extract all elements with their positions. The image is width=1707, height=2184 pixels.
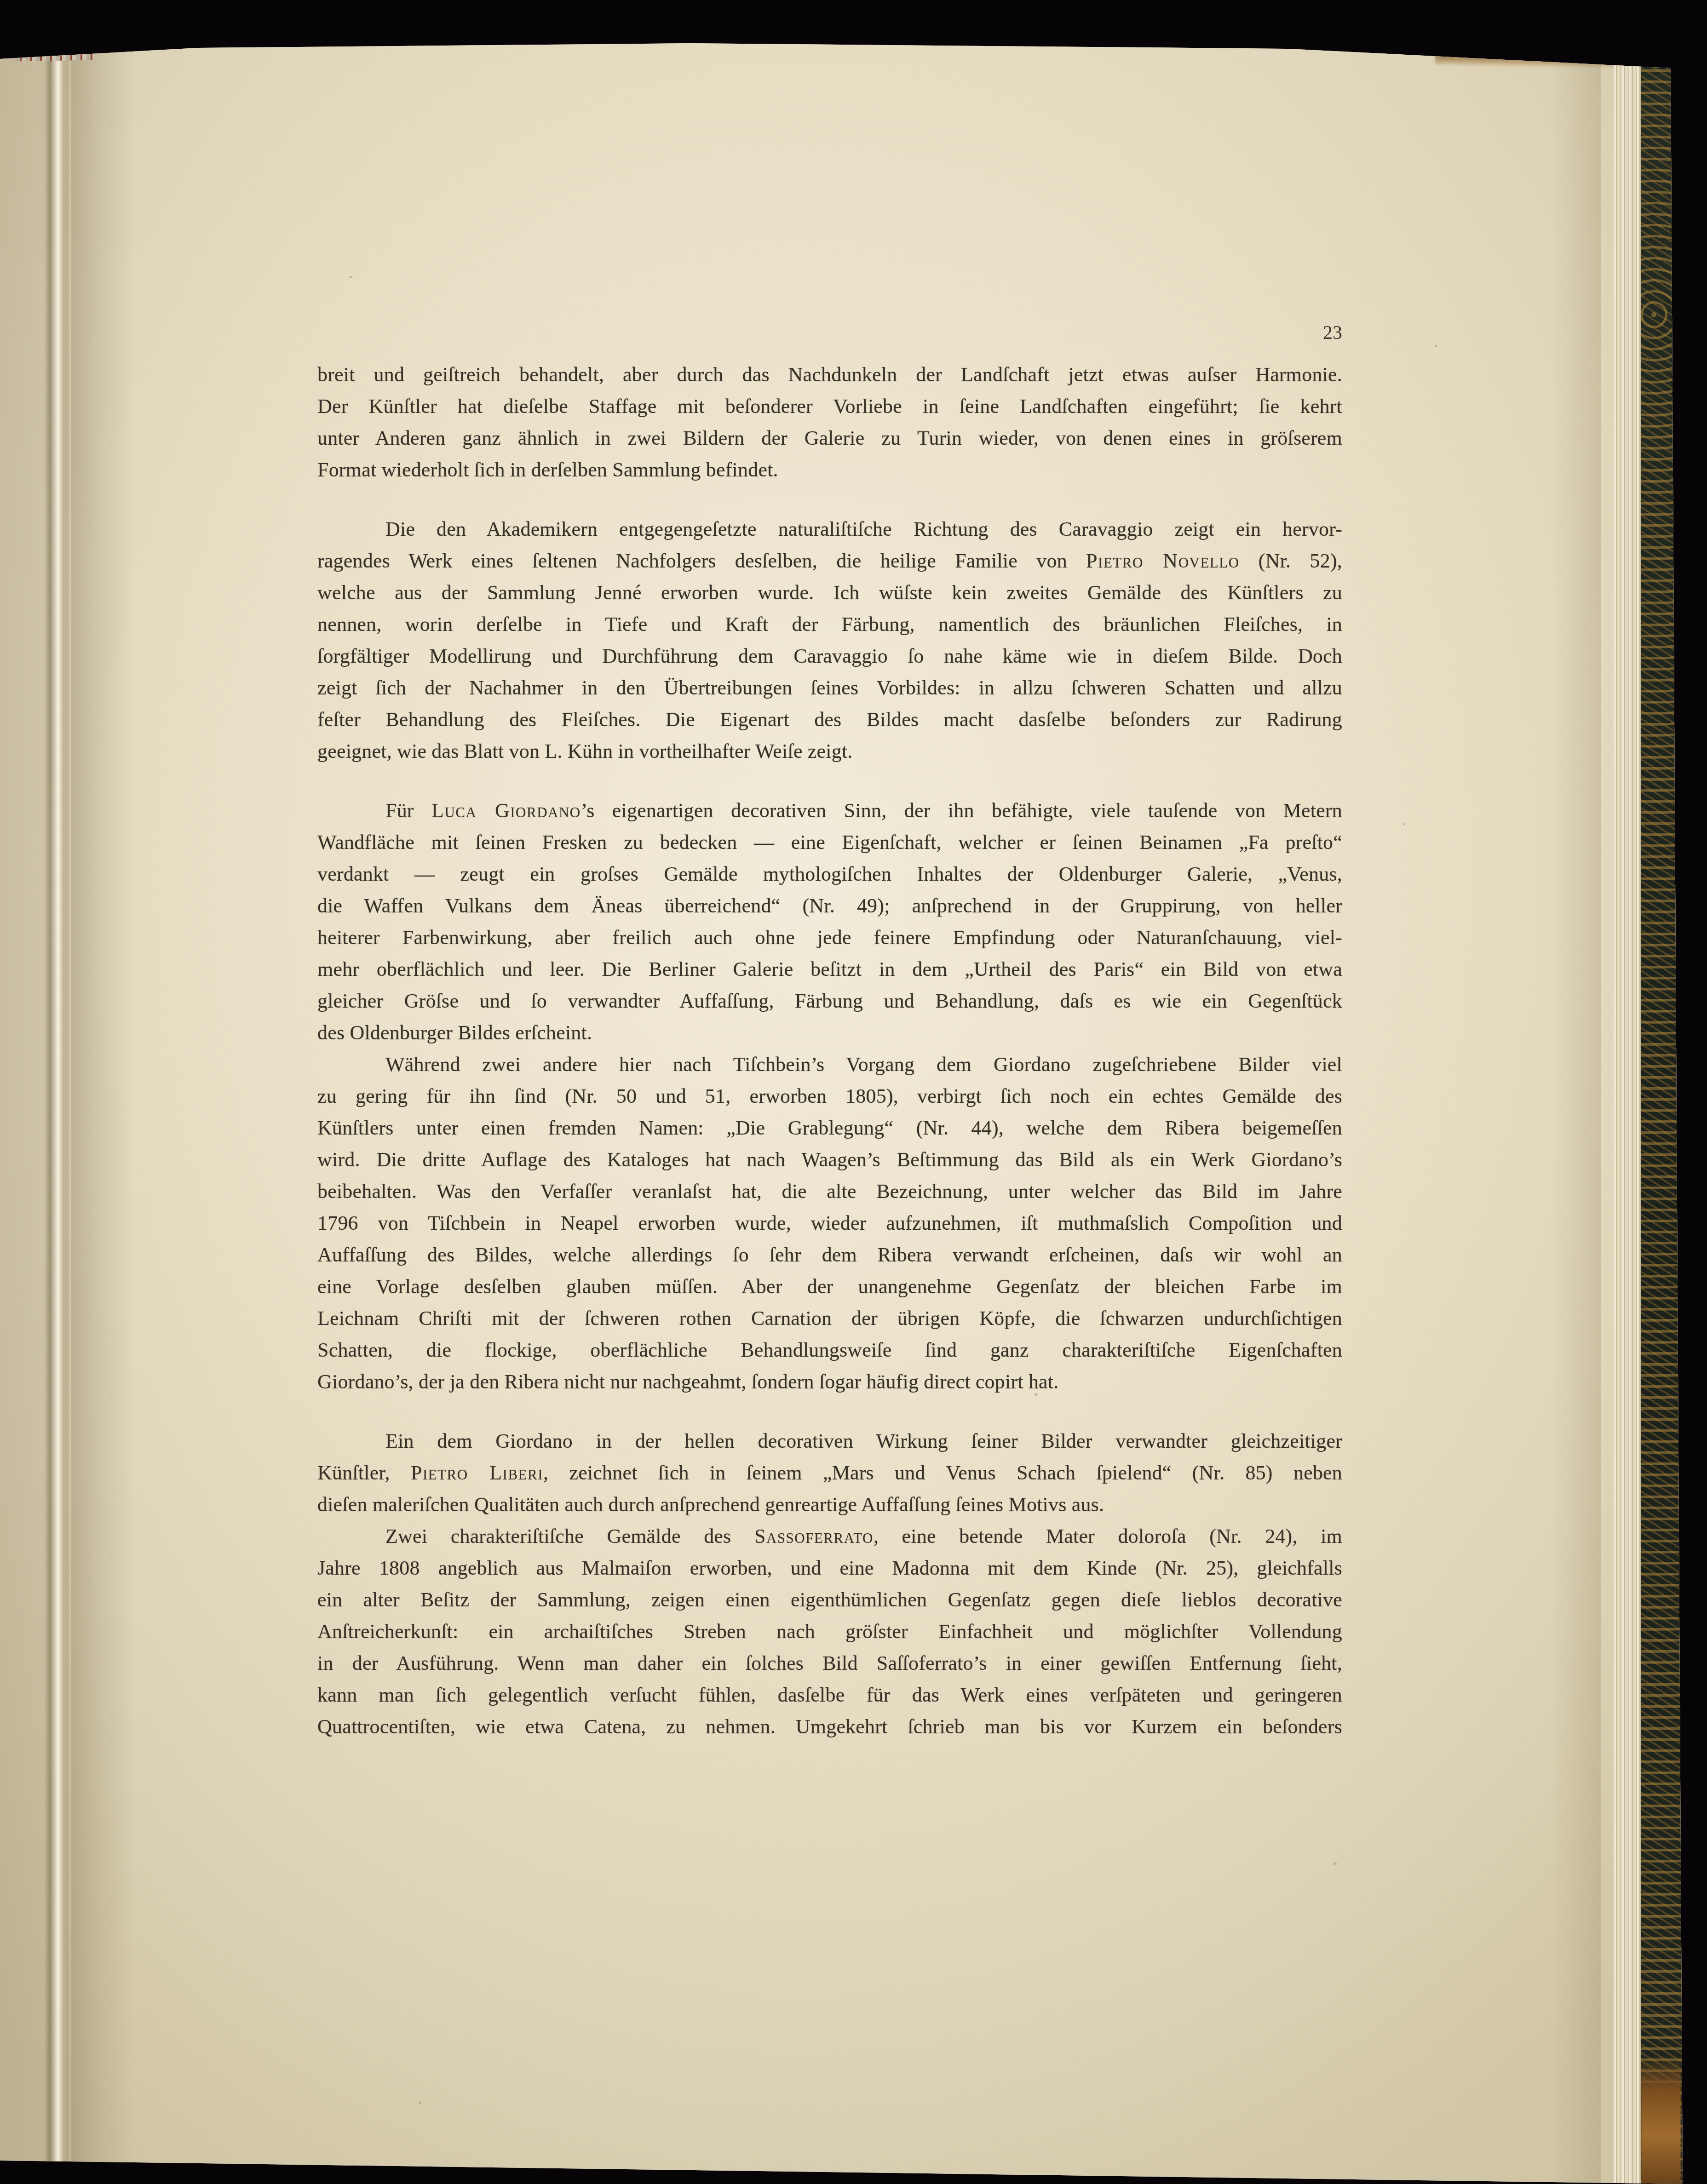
text-line: Während zwei andere hier nach Tiſchbein’… [317, 1049, 1342, 1080]
text-line: Quattrocentiſten, wie etwa Catena, zu ne… [317, 1711, 1342, 1743]
text-line: unter Anderen ganz ähnlich in zwei Bilde… [317, 422, 1342, 454]
spine-fragment [0, 35, 14, 56]
text-line: wird. Die dritte Auflage des Kataloges h… [317, 1144, 1342, 1175]
leather-corner [1641, 2056, 1681, 2184]
text-line: ragendes Werk eines ſeltenen Nachfolgers… [317, 545, 1342, 577]
small-caps-name: Sassoferrato [754, 1525, 874, 1548]
text-line: Giordano’s, der ja den Ribera nicht nur … [317, 1366, 1342, 1398]
book-scan: 23 breit und geiſtreich behandelt, aber … [0, 0, 1707, 2184]
page-top-edge-wear [1435, 52, 1638, 69]
page-edge-stack [1614, 54, 1641, 2184]
text-line: in der Ausführung. Wenn man daher ein ſo… [317, 1647, 1342, 1679]
paragraph: Für Luca Giordano’s eigenartigen decorat… [317, 795, 1342, 1049]
foxing-specks [350, 276, 352, 278]
text-line: Format wiederholt ſich in derſelben Samm… [317, 454, 1342, 486]
text-line: breit und geiſtreich behandelt, aber dur… [317, 359, 1342, 390]
text-line: Wandfläche mit ſeinen Fresken zu bedecke… [317, 826, 1342, 858]
text-line: Ein dem Giordano in der hellen decorativ… [317, 1425, 1342, 1457]
text-line: des Oldenburger Bildes erſcheint. [317, 1017, 1342, 1049]
small-caps-name: Pietro Liberi [411, 1462, 543, 1484]
paragraph: Zwei charakteriſtiſche Gemälde des Sasso… [317, 1520, 1342, 1743]
text-line: die Waffen Vulkans dem Äneas überreichen… [317, 890, 1342, 922]
text-line: dieſen maleriſchen Qualitäten auch durch… [317, 1489, 1342, 1520]
text-line: gleicher Gröſse und ſo verwandter Auffaſ… [317, 985, 1342, 1017]
fore-edge-shade [1551, 55, 1601, 2184]
text-line: Anſtreicherkunſt: ein archaiſtiſches Str… [317, 1616, 1342, 1647]
text-line: heiterer Farbenwirkung, aber freilich au… [317, 922, 1342, 953]
text-line: geeignet, wie das Blatt von L. Kühn in v… [317, 735, 1342, 767]
gutter-crease [44, 46, 71, 2184]
text-line: mehr oberflächlich und leer. Die Berline… [317, 953, 1342, 985]
text-line: zeigt ſich der Nachahmer in den Übertrei… [317, 672, 1342, 704]
text-line: welche aus der Sammlung Jenné erworben w… [317, 577, 1342, 608]
paragraph: Die den Akademikern entgegengeſetzte nat… [317, 513, 1342, 767]
text-line: Der Künſtler hat dieſelbe Staffage mit b… [317, 390, 1342, 422]
text-line: feſter Behandlung des Fleiſches. Die Eig… [317, 704, 1342, 735]
text-line: Auffaſſung des Bildes, welche allerdings… [317, 1239, 1342, 1271]
page-text: breit und geiſtreich behandelt, aber dur… [317, 359, 1342, 1743]
text-line: verdankt — zeugt ein groſses Gemälde myt… [317, 858, 1342, 890]
text-line: Zwei charakteriſtiſche Gemälde des Sasso… [317, 1520, 1342, 1552]
text-line: nennen, worin derſelbe in Tiefe und Kraf… [317, 608, 1342, 640]
text-line: kann man ſich gelegentlich verſucht fühl… [317, 1679, 1342, 1711]
book-page: 23 breit und geiſtreich behandelt, aber … [0, 0, 1707, 2184]
text-line: Leichnam Chriſti mit der ſchweren rothen… [317, 1302, 1342, 1334]
text-line: zu gering für ihn ſind (Nr. 50 und 51, e… [317, 1080, 1342, 1112]
text-line: 1796 von Tiſchbein in Neapel erworben wu… [317, 1207, 1342, 1239]
text-line: Für Luca Giordano’s eigenartigen decorat… [317, 795, 1342, 826]
text-line: Künſtlers unter einen fremden Namen: „Di… [317, 1112, 1342, 1144]
small-caps-name: Pietro Novello [1086, 550, 1240, 572]
text-line: eine Vorlage desſelben glauben müſſen. A… [317, 1271, 1342, 1302]
text-line: Schatten, die flockige, oberflächliche B… [317, 1334, 1342, 1366]
text-line: Die den Akademikern entgegengeſetzte nat… [317, 513, 1342, 545]
gutter-shadow [71, 46, 135, 2184]
text-line: Künſtler, Pietro Liberi, zeichnet ſich i… [317, 1457, 1342, 1489]
marbled-cover-edge [1641, 60, 1684, 2184]
text-line: ſorgfältiger Modellirung und Durchführun… [317, 640, 1342, 672]
small-caps-name: Luca Giordano [431, 799, 581, 822]
text-line: ein alter Beſitz der Sammlung, zeigen ei… [317, 1584, 1342, 1616]
paragraph: Während zwei andere hier nach Tiſchbein’… [317, 1049, 1342, 1398]
binding-headband [16, 50, 94, 62]
text-line: beibehalten. Was den Verfaſſer veranlaſs… [317, 1175, 1342, 1207]
paragraph: breit und geiſtreich behandelt, aber dur… [317, 359, 1342, 486]
page-number: 23 [317, 322, 1348, 344]
paragraph: Ein dem Giordano in der hellen decorativ… [317, 1425, 1342, 1520]
text-line: Jahre 1808 angeblich aus Malmaiſon erwor… [317, 1552, 1342, 1584]
